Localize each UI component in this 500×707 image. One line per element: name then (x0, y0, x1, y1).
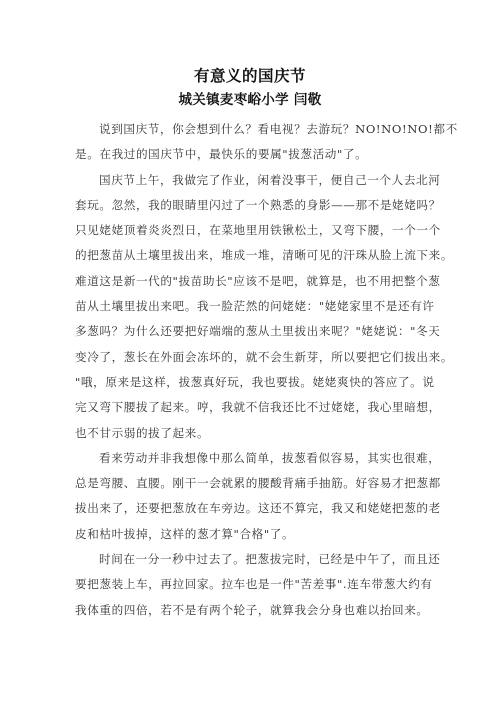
paragraph-1: 说到国庆节，你会想到什么？看电视？去游玩？NO!NO!NO!都不 是。在我过的国… (75, 117, 427, 168)
text-line: 拔出来了，还要把葱放在车旁边。这还不算完，我又和姥姥把葱的老 (75, 496, 427, 521)
text-line: 套玩。忽然，我的眼睛里闪过了一个熟悉的身影——那不是姥姥吗？ (75, 193, 427, 218)
text-line: 也不甘示弱的拔了起来。 (75, 421, 427, 446)
paragraph-3: 看来劳动并非我想像中那么简单，拔葱看似容易，其实也很难， 总是弯腰、直腰。刚干一… (75, 446, 427, 547)
text-line: 时间在一分一秒中过去了。把葱拔完时，已经是中午了，而且还 (75, 547, 427, 572)
text-line: 难道这是新一代的"拔苗助长"应该不是吧，就算是，也不用把整个葱 (75, 269, 427, 294)
text-line: 要把葱装上车，再拉回家。拉车也是一件"苦差事".连车带葱大约有 (75, 572, 427, 597)
document-page: 有意义的国庆节 城关镇麦枣峪小学 闫敬 说到国庆节，你会想到什么？看电视？去游玩… (0, 0, 500, 707)
document-title: 有意义的国庆节 (0, 64, 500, 86)
text-line: 多葱吗？为什么还要把好端端的葱从土里拔出来呢？"姥姥说："冬天 (75, 319, 427, 344)
text-line: 的把葱苗从土壤里拔出来，堆成一堆，清晰可见的汗珠从脸上流下来。 (75, 243, 427, 268)
text-line: 我体重的四倍，若不是有两个轮子，就算我会分身也难以抬回来。 (75, 598, 427, 623)
text-line: 只见姥姥顶着炎炎烈日，在菜地里用铁锹松土，又弯下腰，一个一个 (75, 218, 427, 243)
text-line: 说到国庆节，你会想到什么？看电视？去游玩？NO!NO!NO!都不 (75, 117, 427, 142)
document-body: 说到国庆节，你会想到什么？看电视？去游玩？NO!NO!NO!都不 是。在我过的国… (75, 117, 427, 623)
text-line: 总是弯腰、直腰。刚干一会就累的腰酸背痛手抽筋。好容易才把葱都 (75, 471, 427, 496)
text-line: 看来劳动并非我想像中那么简单，拔葱看似容易，其实也很难， (75, 446, 427, 471)
text-line: 完又弯下腰拔了起来。哼，我就不信我还比不过姥姥，我心里暗想， (75, 395, 427, 420)
text-line: "哦，原来是这样，拔葱真好玩，我也要拔。姥姥爽快的答应了。说 (75, 370, 427, 395)
paragraph-4: 时间在一分一秒中过去了。把葱拔完时，已经是中午了，而且还 要把葱装上车，再拉回家… (75, 547, 427, 623)
text-line: 是。在我过的国庆节中，最快乐的要属"拔葱活动"了。 (75, 142, 427, 167)
paragraph-2: 国庆节上午，我做完了作业，闲着没事干，便自己一个人去北河 套玩。忽然，我的眼睛里… (75, 168, 427, 446)
document-author-line: 城关镇麦枣峪小学 闫敬 (0, 88, 500, 108)
text-line: 苗从土壤里拔出来吧。我一脸茫然的问姥姥："姥姥家里不是还有许 (75, 294, 427, 319)
text-line: 皮和枯叶拔掉，这样的葱才算"合格"了。 (75, 522, 427, 547)
text-line: 变冷了，葱长在外面会冻坏的，就不会生新芽，所以要把它们拔出来。 (75, 345, 427, 370)
text-line: 国庆节上午，我做完了作业，闲着没事干，便自己一个人去北河 (75, 168, 427, 193)
